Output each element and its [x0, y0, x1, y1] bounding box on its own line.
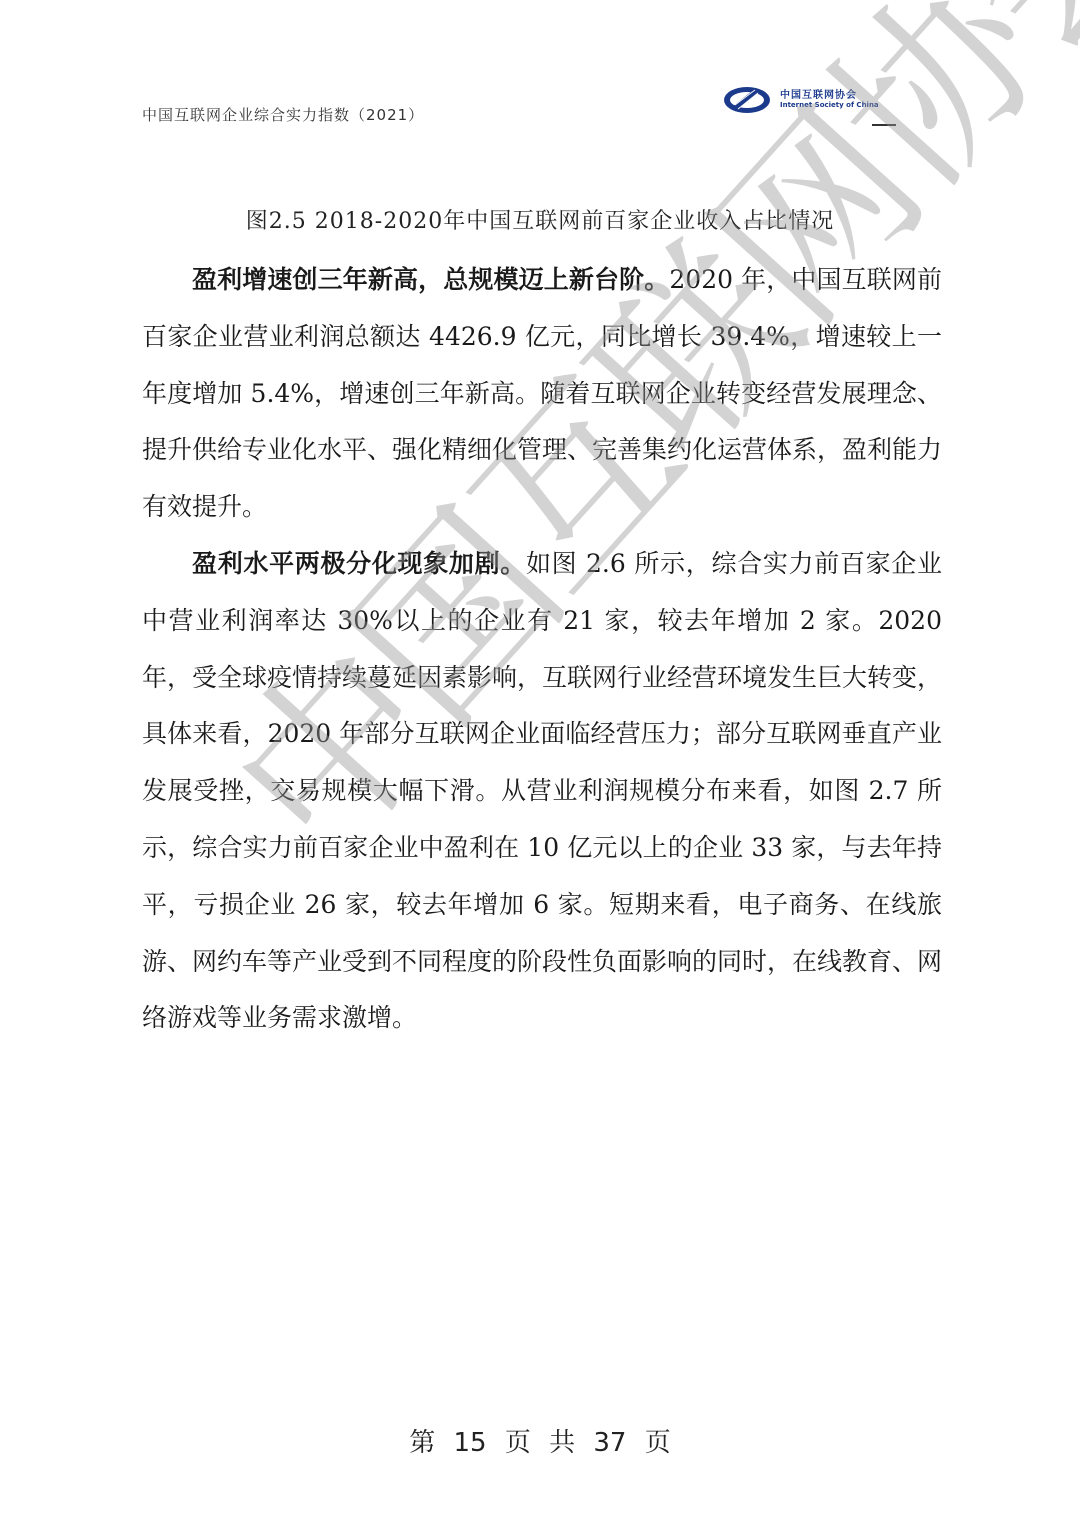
isc-logo-icon [722, 85, 772, 115]
footer-suffix: 页 [645, 1428, 671, 1458]
paragraph-body: 2020 年，中国互联网前百家企业营业利润总额达 4426.9 亿元，同比增长 … [142, 265, 942, 521]
page-footer: 第 15 页 共 37 页 [0, 1422, 1080, 1459]
current-page-number: 15 [454, 1428, 487, 1458]
footer-middle: 页 共 [505, 1428, 575, 1458]
paragraph-profit-growth: 盈利增速创三年新高，总规模迈上新台阶。2020 年，中国互联网前百家企业营业利润… [142, 252, 942, 536]
paragraph-lead: 盈利增速创三年新高，总规模迈上新台阶。 [192, 265, 669, 294]
page-header-title: 中国互联网企业综合实力指数（2021） [142, 104, 424, 125]
paragraph-polarization: 盈利水平两极分化现象加剧。如图 2.6 所示，综合实力前百家企业中营业利润率达 … [142, 536, 942, 1047]
paragraph-lead: 盈利水平两极分化现象加剧。 [192, 549, 526, 578]
logo-english-name: Internet Society of China [780, 102, 879, 109]
header-rule [872, 124, 896, 126]
paragraph-body: 如图 2.6 所示，综合实力前百家企业中营业利润率达 30%以上的企业有 21 … [142, 549, 942, 1032]
footer-prefix: 第 [409, 1428, 435, 1458]
figure-caption: 图2.5 2018-2020年中国互联网前百家企业收入占比情况 [0, 204, 1080, 235]
body-text: 盈利增速创三年新高，总规模迈上新台阶。2020 年，中国互联网前百家企业营业利润… [142, 252, 942, 1047]
isc-logo: 中国互联网协会 Internet Society of China [722, 85, 879, 115]
total-pages-number: 37 [593, 1428, 626, 1458]
logo-chinese-name: 中国互联网协会 [780, 91, 879, 102]
